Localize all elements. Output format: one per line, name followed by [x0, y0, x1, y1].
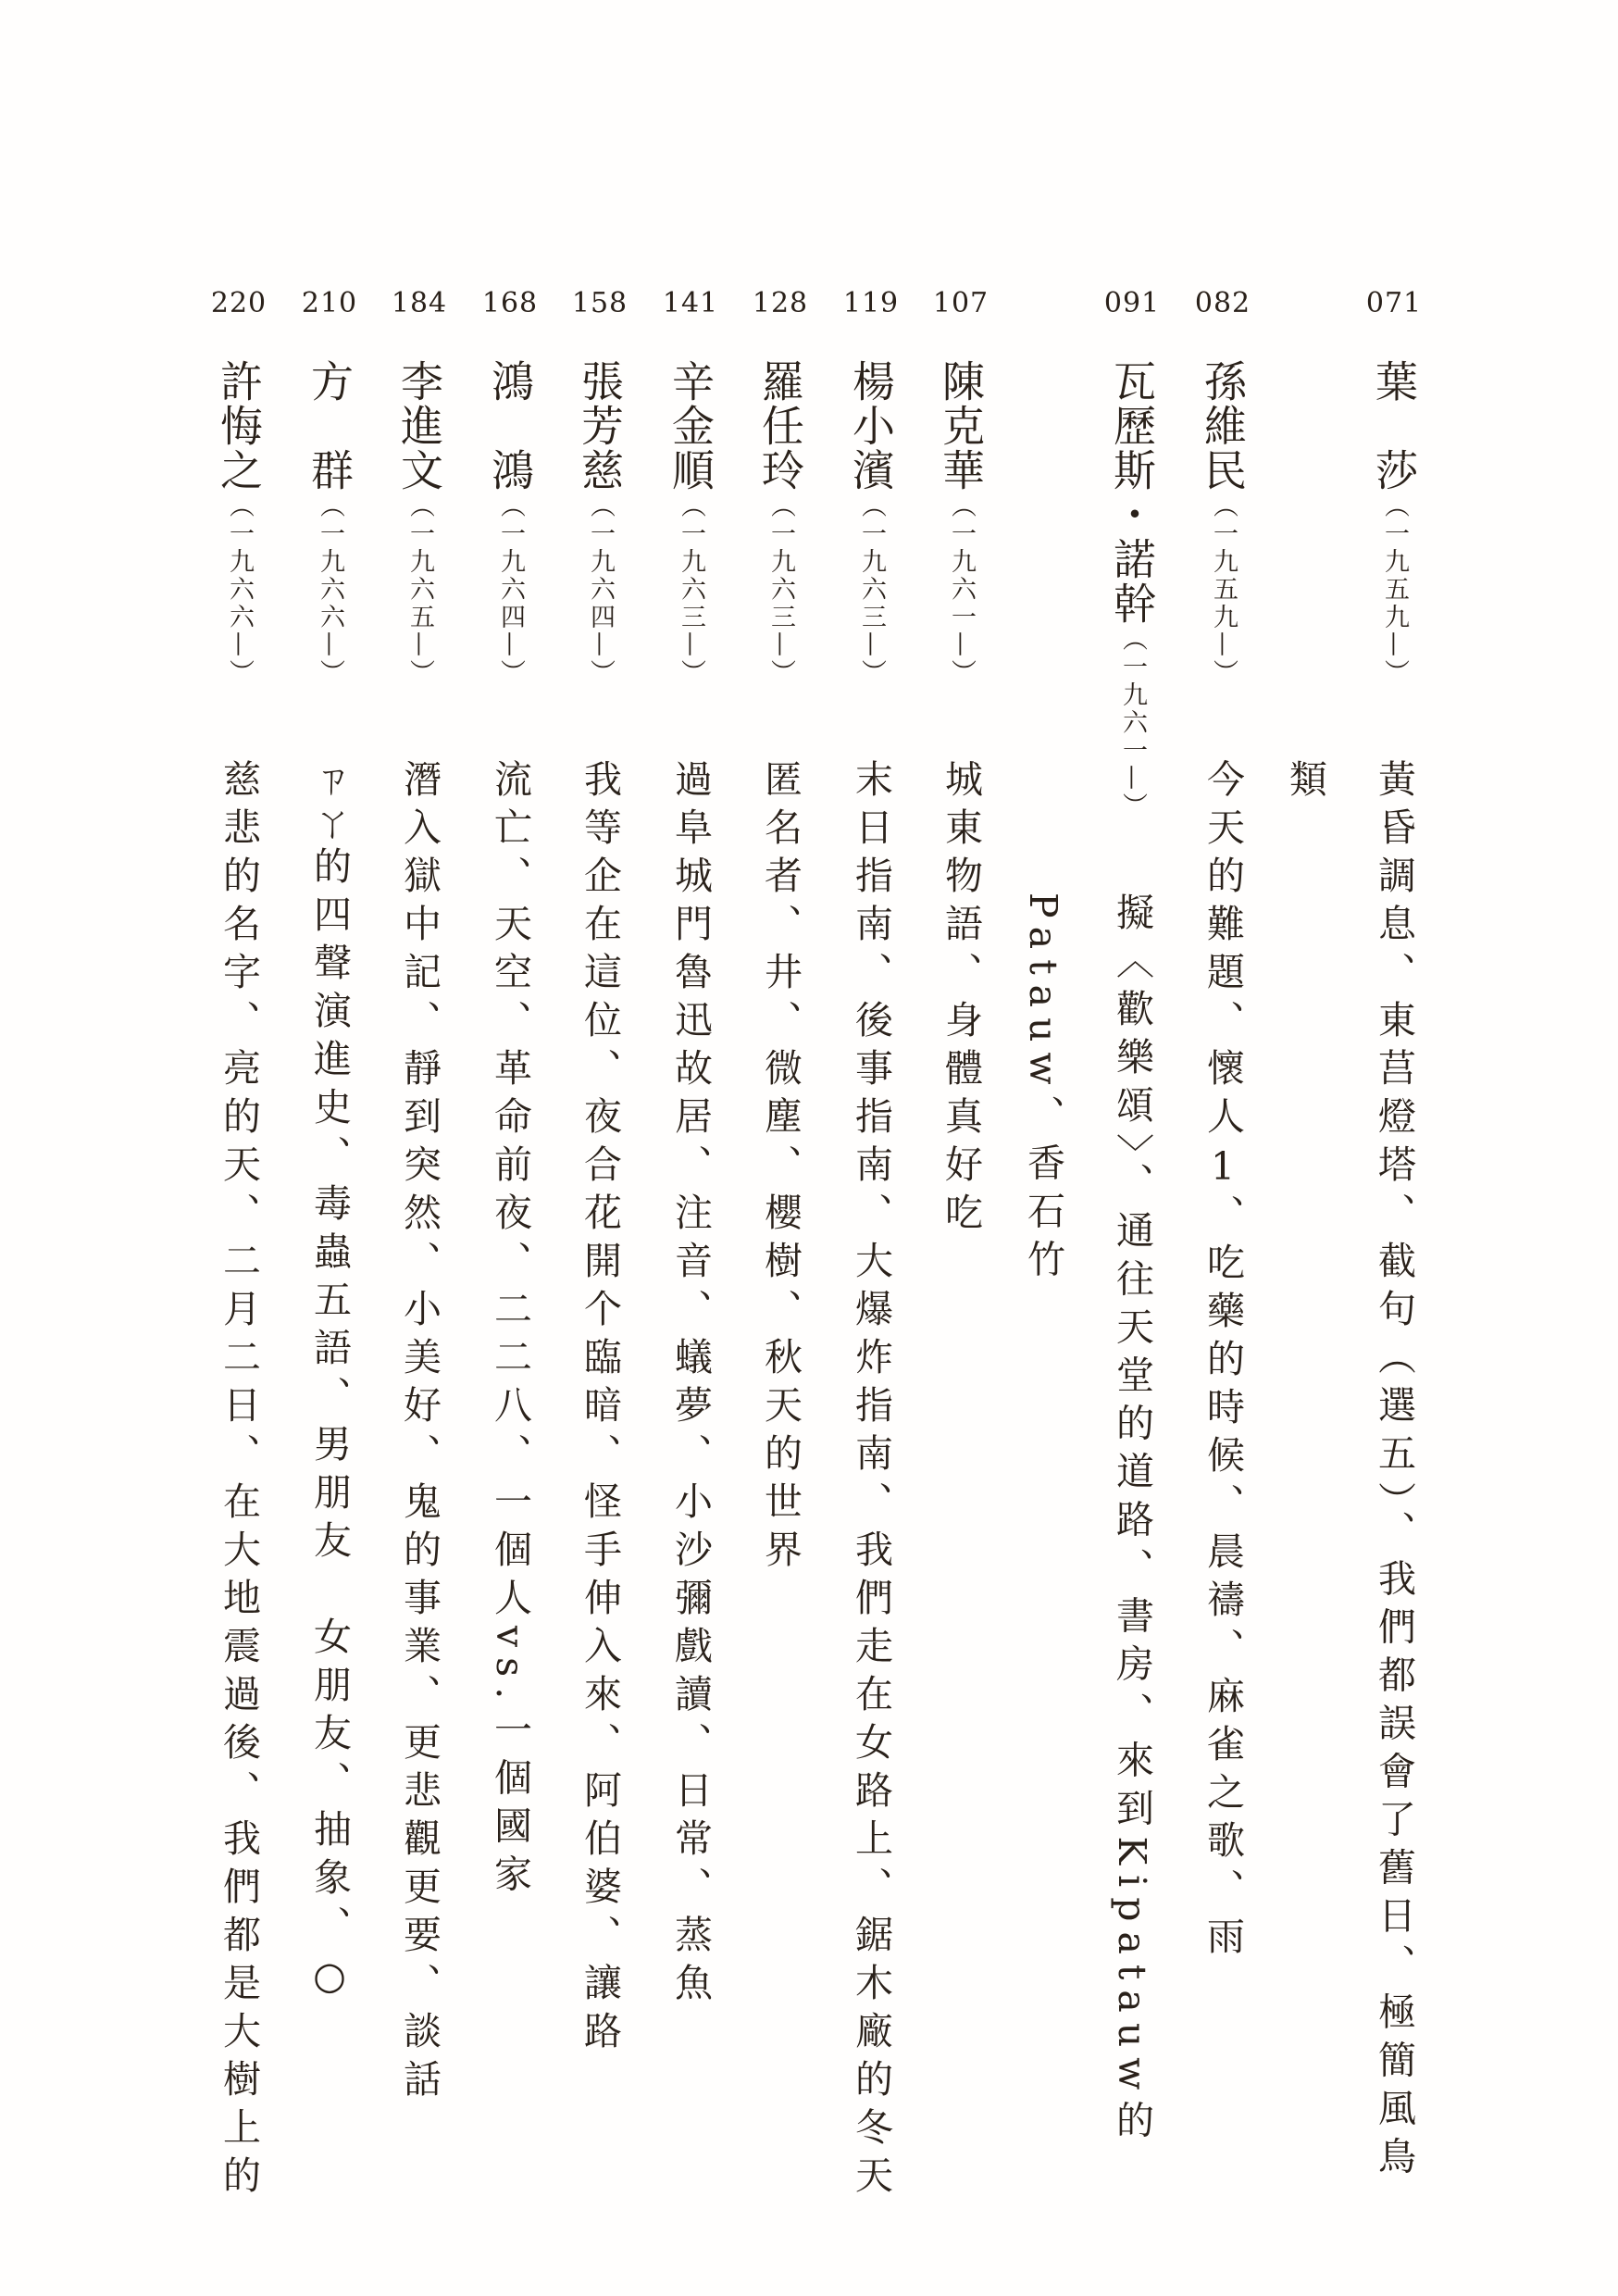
entry-poem-titles: 匿名者、井、微塵、櫻樹、秋天的世界: [751, 759, 810, 1578]
entry-page-number: 220: [209, 287, 268, 319]
entry-page-number: 158: [570, 287, 629, 319]
author-years: （一九六六—）: [225, 493, 254, 687]
entry-author-line: 方 群（一九六六—）: [300, 359, 359, 687]
title-line: 城東物語、身體真好吃: [931, 759, 990, 1241]
entry-page-number: 184: [390, 287, 449, 319]
entry-page-number: 071: [1364, 287, 1424, 319]
entry-author-line: 葉 莎（一九五九—）: [1364, 359, 1424, 687]
author-years: （一九六四—）: [586, 493, 615, 687]
title-line: 我等企在這位、夜合花開个臨暗、怪手伸入來、阿伯婆、讓路: [570, 759, 629, 2059]
entry-poem-titles: 末日指南、後事指南、大爆炸指南、我們走在女路上、鋸木廠的冬天: [841, 759, 901, 2203]
author-years: （一九六四—）: [496, 493, 525, 687]
author-years: （一九六三—）: [677, 493, 705, 687]
entry-page-number: 082: [1193, 287, 1252, 319]
title-line: 慈悲的名字、亮的天、二月二日、在大地震過後、我們都是大樹上的: [209, 759, 268, 2203]
author-years: （一九六三—）: [857, 493, 886, 687]
toc-page: 071 葉 莎（一九五九—） 黃昏調息、東莒燈塔、截句（選五）、我們都誤會了舊日…: [0, 0, 1618, 2296]
author-years: （一九五九—）: [1209, 493, 1238, 687]
entry-author-line: 瓦歷斯・諾幹（一九六一—）: [1102, 359, 1162, 820]
author-name: 陳克華: [936, 359, 986, 493]
entry-poem-titles: 潛入獄中記、靜到突然、小美好、鬼的事業、更悲觀更要、談話: [390, 759, 449, 2107]
title-line: 今天的難題、懷人1、吃藥的時候、晨禱、麻雀之歌、雨: [1193, 759, 1252, 1965]
title-line: ㄗㄚ的四聲演進史、毒蟲五語、男朋友 女朋友、抽象、○: [300, 759, 359, 2003]
entry-page-number: 107: [931, 287, 990, 319]
entry-poem-titles: 慈悲的名字、亮的天、二月二日、在大地震過後、我們都是大樹上的: [209, 759, 268, 2203]
entry-page-number: 141: [661, 287, 720, 319]
entry-page-number: 210: [300, 287, 359, 319]
author-name: 張芳慈: [575, 359, 625, 493]
entry-author-line: 張芳慈（一九六四—）: [570, 359, 629, 687]
title-line: 末日指南、後事指南、大爆炸指南、我們走在女路上、鋸木廠的冬天: [841, 759, 901, 2203]
entry-page-number: 119: [841, 287, 901, 319]
author-years: （一九六一—）: [1118, 626, 1147, 820]
title-line: 流亡、天空、革命前夜、二二八、一個人vs.一個國家: [480, 759, 540, 1902]
author-name: 辛金順: [666, 359, 716, 493]
author-years: （一九六一—）: [947, 493, 976, 687]
title-line: 類: [1276, 759, 1335, 2185]
entry-poem-titles: 黃昏調息、東莒燈塔、截句（選五）、我們都誤會了舊日、極簡風鳥類: [1276, 759, 1424, 2185]
title-line: 擬〈歡樂頌〉、通往天堂的道路、書房、來到Kipatauw的: [1102, 892, 1162, 2148]
author-name: 許悔之: [214, 359, 264, 493]
entry-poem-titles: 流亡、天空、革命前夜、二二八、一個人vs.一個國家: [480, 759, 540, 1902]
author-years: （一九六三—）: [766, 493, 795, 687]
author-name: 葉 莎: [1369, 359, 1419, 493]
title-line: 匿名者、井、微塵、櫻樹、秋天的世界: [751, 759, 810, 1578]
author-name: 李進文: [394, 359, 444, 493]
entry-page-number: 168: [480, 287, 540, 319]
entry-poem-titles: 擬〈歡樂頌〉、通往天堂的道路、書房、來到Kipatauw的Patauw、香石竹: [1014, 892, 1162, 2148]
title-line: 過阜城門魯迅故居、注音、蟻夢、小沙彌戲讀、日常、蒸魚: [661, 759, 720, 2011]
author-name: 瓦歷斯・諾幹: [1107, 359, 1157, 626]
title-line: 潛入獄中記、靜到突然、小美好、鬼的事業、更悲觀更要、談話: [390, 759, 449, 2107]
entry-author-line: 陳克華（一九六一—）: [931, 359, 990, 687]
author-name: 羅任玲: [755, 359, 805, 493]
author-name: 方 群: [305, 359, 355, 493]
author-name: 鴻 鴻: [485, 359, 535, 493]
author-name: 楊小濱: [846, 359, 896, 493]
entry-poem-titles: 過阜城門魯迅故居、注音、蟻夢、小沙彌戲讀、日常、蒸魚: [661, 759, 720, 2011]
entry-author-line: 許悔之（一九六六—）: [209, 359, 268, 687]
entry-poem-titles: 今天的難題、懷人1、吃藥的時候、晨禱、麻雀之歌、雨: [1193, 759, 1252, 1965]
entry-author-line: 楊小濱（一九六三—）: [841, 359, 901, 687]
title-line: Patauw、香石竹: [1014, 892, 1073, 2148]
entry-author-line: 孫維民（一九五九—）: [1193, 359, 1252, 687]
entry-page-number: 091: [1102, 287, 1162, 319]
entry-poem-titles: ㄗㄚ的四聲演進史、毒蟲五語、男朋友 女朋友、抽象、○: [300, 759, 359, 2003]
entry-poem-titles: 我等企在這位、夜合花開个臨暗、怪手伸入來、阿伯婆、讓路: [570, 759, 629, 2059]
author-years: （一九六五—）: [405, 493, 434, 687]
title-line: 黃昏調息、東莒燈塔、截句（選五）、我們都誤會了舊日、極簡風鳥: [1364, 759, 1424, 2185]
entry-page-number: 128: [751, 287, 810, 319]
entry-poem-titles: 城東物語、身體真好吃: [931, 759, 990, 1241]
toc-entries: 071 葉 莎（一九五九—） 黃昏調息、東莒燈塔、截句（選五）、我們都誤會了舊日…: [0, 0, 1618, 2296]
author-years: （一九五九—）: [1380, 493, 1409, 687]
author-years: （一九六六—）: [316, 493, 344, 687]
entry-author-line: 鴻 鴻（一九六四—）: [480, 359, 540, 687]
author-name: 孫維民: [1198, 359, 1248, 493]
entry-author-line: 李進文（一九六五—）: [390, 359, 449, 687]
entry-author-line: 辛金順（一九六三—）: [661, 359, 720, 687]
entry-author-line: 羅任玲（一九六三—）: [751, 359, 810, 687]
